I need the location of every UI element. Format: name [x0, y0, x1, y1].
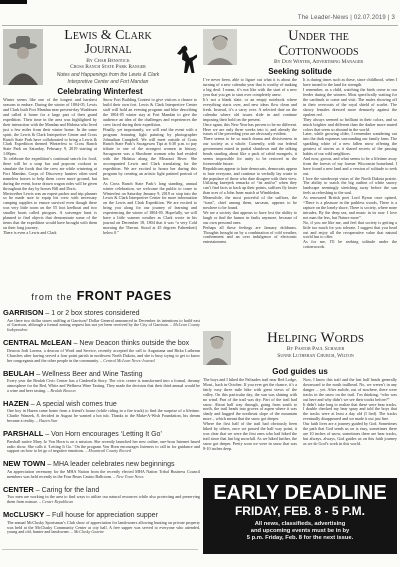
lewis-clark-title: Lewis & Clark Journal [46, 29, 170, 58]
front-pages-section: from the FRONT PAGES GARRISON – 1 or 2 b… [3, 287, 200, 541]
deadline-note: All news, classifieds, advertising and u… [203, 521, 397, 542]
deadline-time: FRIDAY, FEB. 8 - 5 P.M. [203, 505, 397, 518]
cottonwoods-subhead: Seeking solitude [203, 67, 397, 76]
cottonwoods-column-2: It is during times such as these, since … [303, 78, 397, 296]
explorers-silhouette-icon [173, 29, 197, 80]
deadline-title: EARLY DEADLINE [203, 483, 397, 503]
entry-town: CENTRAL McLEAN [3, 338, 72, 347]
helping-words-title-block: Helping Words By Pastor Paul Schauer Sun… [234, 331, 397, 360]
early-deadline-notice: EARLY DEADLINE FRIDAY, FEB. 8 - 5 P.M. A… [203, 478, 397, 554]
entry-source: – New Town News [113, 474, 143, 479]
under-the-cottonwoods-article: Under the Cottonwoods By Don Winter, Adv… [203, 29, 397, 296]
columnist-photo [203, 29, 237, 65]
helping-words-header: Helping Words By Pastor Paul Schauer Sun… [203, 331, 397, 365]
entry-headline: – Wellness Beer and Wine Tasting [36, 371, 142, 378]
helping-words-title: Helping Words [234, 331, 397, 346]
pastor-photo [203, 331, 231, 365]
cottonwoods-column-1: I’ve never been, able to figure out what… [203, 78, 297, 296]
ranger-portrait-graphic [3, 29, 43, 85]
front-pages-entry-mcclusky: McCLUSKY – Full house for appreciation s… [3, 511, 200, 535]
entry-source: – Central McLean News-Journal [100, 358, 155, 363]
front-pages-entry-beulah: BEULAH – Wellness Beer and Wine Tasting … [3, 370, 200, 394]
helping-words-byline: By Pastor Paul Schauer [234, 346, 397, 353]
cottonwoods-title-block: Under the Cottonwoods By Don Winter, Adv… [240, 29, 397, 65]
entry-headline: – MHA leader celebrates new beginnings [47, 461, 174, 468]
lewis-clark-byline-role: Cross Ranch State Park Ranger [46, 64, 170, 71]
helping-words-column-1: The boys and I hiked the Palisades trail… [203, 378, 297, 474]
cottonwoods-title: Under the Cottonwoods [240, 29, 397, 59]
lewis-clark-journal-article: Lewis & Clark Journal By Char Benstock C… [3, 29, 197, 267]
front-pages-header: from the FRONT PAGES [3, 287, 200, 305]
helping-words-subhead: God guides us [203, 367, 397, 376]
front-pages-header-main: FRONT PAGES [77, 289, 172, 303]
lewis-clark-subhead: Celebrating Winterfest [3, 87, 197, 96]
entry-source: – Center Republican [39, 499, 73, 504]
entry-body: Every year the Beulah Civic Center has a… [7, 378, 200, 393]
entry-body: An appreciation ceremony for the MHA Nat… [7, 469, 200, 479]
entry-source: – McClusky Gazette [71, 529, 104, 534]
front-pages-entry-parshall: PARSHALL – Von Horn encourages ‘Letting … [3, 430, 200, 454]
entry-headline: – Full house for appreciation supper [46, 512, 158, 519]
lewis-clark-body: Winter seems like one of the longest and… [3, 98, 197, 267]
entry-town: NEW TOWN [3, 459, 45, 468]
lewis-clark-column-1: Winter seems like one of the longest and… [3, 98, 97, 267]
entry-town: HAZEN [3, 399, 29, 408]
entry-town: PARSHALL [3, 429, 43, 438]
cottonwoods-body: I’ve never been, able to figure out what… [203, 78, 397, 296]
front-pages-header-prefix: from the [31, 292, 72, 302]
cottonwoods-header: Under the Cottonwoods By Don Winter, Adv… [203, 29, 397, 65]
lewis-clark-byline: By Char Benstock [46, 58, 170, 65]
front-pages-entry-garrison: GARRISON – 1 or 2 box stores considered … [3, 309, 200, 333]
lewis-clark-title-block: Lewis & Clark Journal By Char Benstock C… [46, 29, 170, 85]
entry-town: BEULAH [3, 369, 34, 378]
cottonwoods-byline: By Don Winter, Advertising Manager [240, 59, 397, 66]
lewis-clark-tagline: Notes and Happenings from the Lewis & Cl… [46, 72, 170, 85]
lewis-clark-header: Lewis & Clark Journal By Char Benstock C… [3, 29, 197, 85]
entry-headline: – A special wish comes true [31, 401, 117, 408]
helping-words-byline-church: Sunne Lutheran Church, Wilton [234, 353, 397, 360]
front-pages-entry-center: CENTER – Caring for the land Two men are… [3, 486, 200, 505]
header-rule [2, 25, 398, 26]
entry-source: – Beulah Beacon [47, 388, 75, 393]
entry-body: Two men are working in the area to find … [7, 494, 200, 504]
helping-words-article: Helping Words By Pastor Paul Schauer Sun… [203, 331, 397, 474]
folio-line: The Leader-News | 02.07.2019 | 3 [298, 15, 395, 21]
lewis-clark-column-2: Snow Fort Building Contest to give visit… [103, 98, 197, 267]
entry-town: GARRISON [3, 308, 43, 317]
entry-headline: – 1 or 2 box stores considered [45, 310, 139, 317]
entry-town: McCLUSKY [3, 510, 44, 519]
front-pages-entry-hazen: HAZEN – A special wish comes true One bo… [3, 400, 200, 424]
scan-edge-mark [0, 0, 27, 4]
entry-source: – Hazen Star [36, 418, 58, 423]
front-pages-entry-central-mclean: CENTRAL McLEAN – New Deacon thinks outsi… [3, 339, 200, 363]
entry-headline: – Caring for the land [36, 487, 99, 494]
footer-rule [2, 549, 198, 550]
helping-words-column-2: Now, I know this trail and the last half… [303, 378, 397, 474]
pastor-portrait-graphic [203, 331, 231, 365]
ranger-photo [3, 29, 43, 85]
columnist-portrait-graphic [203, 29, 237, 65]
newspaper-page: { "page_header": { "text": "The Leader-N… [0, 0, 400, 567]
front-pages-entry-new-town: NEW TOWN – MHA leader celebrates new beg… [3, 460, 200, 479]
entry-headline: – Von Horn encourages ‘Letting It Go’ [45, 431, 162, 438]
entry-headline: – New Deacon thinks outside the box [74, 340, 190, 347]
helping-words-body: The boys and I hiked the Palisades trail… [203, 378, 397, 474]
entry-source: – Mountrail County Record [85, 448, 131, 453]
entry-town: CENTER [3, 485, 34, 494]
